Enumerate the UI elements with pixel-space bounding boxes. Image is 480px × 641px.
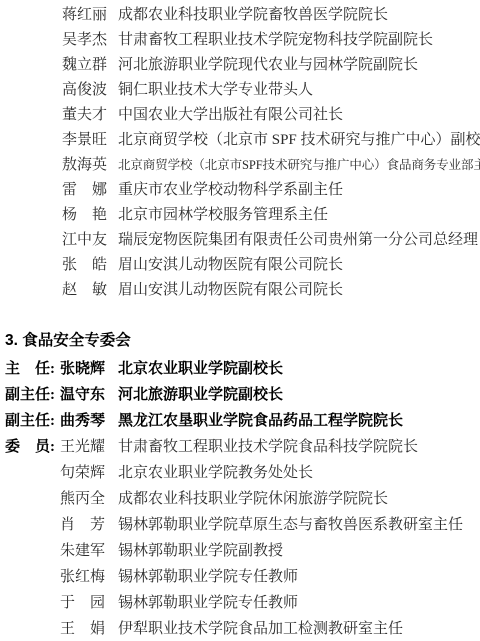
committee-member-row: 主 任:张晓辉北京农业职业学院副校长 <box>0 356 480 382</box>
committee-member-row: 熊丙全成都农业科技职业学院休闲旅游学院院长 <box>0 486 480 512</box>
member-name: 张 皓 <box>62 253 107 278</box>
member-affiliation: 北京商贸学校（北京市SPF技术研究与推广中心）食品商务专业部主任 <box>118 158 480 172</box>
member-row: 高俊波铜仁职业技术大学专业带头人 <box>0 78 480 103</box>
member-name: 朱建军 <box>60 538 105 564</box>
committee-member-row: 张红梅锡林郭勒职业学院专任教师 <box>0 564 480 590</box>
member-name: 蒋红丽 <box>62 3 107 28</box>
member-name: 王光耀 <box>60 434 105 460</box>
document-page: 蒋红丽成都农业科技职业学院畜牧兽医学院院长吴孝杰甘肃畜牧工程职业技术学院宠物科技… <box>0 0 480 641</box>
member-name: 高俊波 <box>62 78 107 103</box>
member-row: 李景旺北京商贸学校（北京市 SPF 技术研究与推广中心）副校长 <box>0 128 480 153</box>
member-name: 张晓辉 <box>60 356 105 382</box>
member-row: 江中友瑞辰宠物医院集团有限责任公司贵州第一分公司总经理 <box>0 228 480 253</box>
member-affiliation: 北京农业职业学院副校长 <box>118 361 283 377</box>
member-affiliation: 中国农业大学出版社有限公司社长 <box>118 107 343 123</box>
member-affiliation: 成都农业科技职业学院畜牧兽医学院院长 <box>118 7 388 23</box>
member-row: 雷 娜重庆市农业学校动物科学系副主任 <box>0 178 480 203</box>
committee-member-row: 副主任:温守东河北旅游职业学院副校长 <box>0 382 480 408</box>
member-affiliation: 北京商贸学校（北京市 SPF 技术研究与推广中心）副校长 <box>118 132 480 148</box>
member-role: 副主任: <box>5 382 60 408</box>
member-affiliation: 眉山安淇儿动物医院有限公司院长 <box>118 257 343 273</box>
committee-member-row: 于 园锡林郭勒职业学院专任教师 <box>0 590 480 616</box>
member-list-top: 蒋红丽成都农业科技职业学院畜牧兽医学院院长吴孝杰甘肃畜牧工程职业技术学院宠物科技… <box>0 3 480 303</box>
member-row: 魏立群河北旅游职业学院现代农业与园林学院副院长 <box>0 53 480 78</box>
member-name: 董夫才 <box>62 103 107 128</box>
member-name: 李景旺 <box>62 128 107 153</box>
member-name: 赵 敏 <box>62 278 107 303</box>
member-affiliation: 黑龙江农垦职业学院食品药品工程学院院长 <box>118 413 403 429</box>
member-row: 杨 艳北京市园林学校服务管理系主任 <box>0 203 480 228</box>
member-affiliation: 铜仁职业技术大学专业带头人 <box>118 82 313 98</box>
member-affiliation: 锡林郭勒职业学院专任教师 <box>118 569 298 585</box>
member-name: 魏立群 <box>62 53 107 78</box>
member-affiliation: 北京农业职业学院教务处处长 <box>118 465 313 481</box>
member-name: 雷 娜 <box>62 178 107 203</box>
member-affiliation: 重庆市农业学校动物科学系副主任 <box>118 182 343 198</box>
member-name: 王 娟 <box>60 616 105 641</box>
member-affiliation: 北京市园林学校服务管理系主任 <box>118 207 328 223</box>
member-name: 吴孝杰 <box>62 28 107 53</box>
member-affiliation: 成都农业科技职业学院休闲旅游学院院长 <box>118 491 388 507</box>
committee-member-row: 副主任:曲秀琴黑龙江农垦职业学院食品药品工程学院院长 <box>0 408 480 434</box>
member-affiliation: 瑞辰宠物医院集团有限责任公司贵州第一分公司总经理 <box>118 232 478 248</box>
member-affiliation: 河北旅游职业学院现代农业与园林学院副院长 <box>118 57 418 73</box>
committee-member-row: 委 员:王光耀甘肃畜牧工程职业技术学院食品科技学院院长 <box>0 434 480 460</box>
member-name: 江中友 <box>62 228 107 253</box>
member-affiliation: 伊犁职业技术学院食品加工检测教研室主任 <box>118 621 403 637</box>
member-affiliation: 锡林郭勒职业学院草原生态与畜牧兽医系教研室主任 <box>118 517 463 533</box>
member-role: 委 员: <box>5 434 60 460</box>
committee-member-row: 王 娟伊犁职业技术学院食品加工检测教研室主任 <box>0 616 480 641</box>
member-row: 张 皓眉山安淇儿动物医院有限公司院长 <box>0 253 480 278</box>
member-affiliation: 甘肃畜牧工程职业技术学院食品科技学院院长 <box>118 439 418 455</box>
member-affiliation: 河北旅游职业学院副校长 <box>118 387 283 403</box>
member-role: 副主任: <box>5 408 60 434</box>
committee-member-row: 肖 芳锡林郭勒职业学院草原生态与畜牧兽医系教研室主任 <box>0 512 480 538</box>
member-row: 赵 敏眉山安淇儿动物医院有限公司院长 <box>0 278 480 303</box>
member-affiliation: 锡林郭勒职业学院副教授 <box>118 543 283 559</box>
member-affiliation: 眉山安淇儿动物医院有限公司院长 <box>118 282 343 298</box>
member-role: 主 任: <box>5 356 60 382</box>
member-name: 熊丙全 <box>60 486 105 512</box>
member-row: 董夫才中国农业大学出版社有限公司社长 <box>0 103 480 128</box>
member-name: 张红梅 <box>60 564 105 590</box>
committee-member-row: 句荣辉北京农业职业学院教务处处长 <box>0 460 480 486</box>
committee-member-row: 朱建军锡林郭勒职业学院副教授 <box>0 538 480 564</box>
member-name: 敖海英 <box>62 153 107 178</box>
food-safety-committee-list: 主 任:张晓辉北京农业职业学院副校长副主任:温守东河北旅游职业学院副校长副主任:… <box>0 356 480 641</box>
section-heading: 3. 食品安全专委会 <box>5 330 480 352</box>
member-name: 句荣辉 <box>60 460 105 486</box>
member-name: 杨 艳 <box>62 203 107 228</box>
member-affiliation: 甘肃畜牧工程职业技术学院宠物科技学院副院长 <box>118 32 433 48</box>
member-row: 蒋红丽成都农业科技职业学院畜牧兽医学院院长 <box>0 3 480 28</box>
member-name: 于 园 <box>60 590 105 616</box>
member-name: 温守东 <box>60 382 105 408</box>
member-affiliation: 锡林郭勒职业学院专任教师 <box>118 595 298 611</box>
member-row: 敖海英北京商贸学校（北京市SPF技术研究与推广中心）食品商务专业部主任 <box>0 153 480 178</box>
member-name: 肖 芳 <box>60 512 105 538</box>
member-row: 吴孝杰甘肃畜牧工程职业技术学院宠物科技学院副院长 <box>0 28 480 53</box>
member-name: 曲秀琴 <box>60 408 105 434</box>
